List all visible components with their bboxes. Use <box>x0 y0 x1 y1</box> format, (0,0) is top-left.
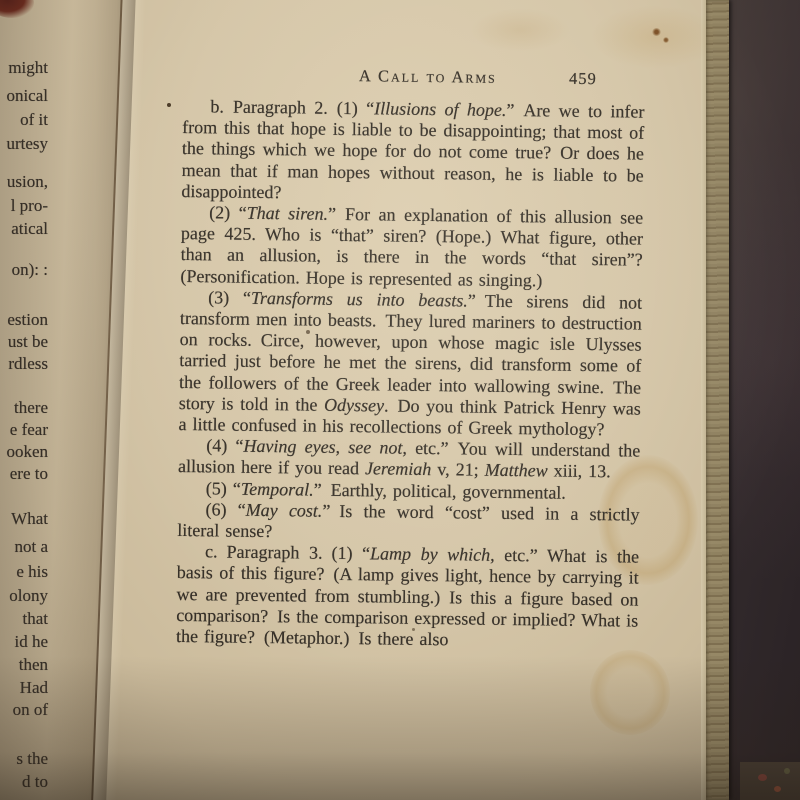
cover-fleck <box>774 786 781 792</box>
left-page-fragment: ooken <box>6 442 48 462</box>
page-header: A Call to Arms 459 <box>183 64 645 96</box>
paper-stain <box>590 5 720 69</box>
page-number: 459 <box>569 69 597 89</box>
paper-stain <box>663 37 669 43</box>
paragraph: (3) “Transforms us into beasts.” The sir… <box>178 287 642 441</box>
left-page-fragment: of it <box>20 110 48 130</box>
left-page-fragment: ust be <box>8 332 48 352</box>
left-page-fragment: e his <box>16 562 48 582</box>
left-page-fragment: not a <box>14 537 48 557</box>
left-page-fragment: rdless <box>8 354 48 374</box>
paper-stain <box>652 28 661 36</box>
left-page-fragment: that <box>23 609 49 629</box>
paragraph: b. Paragraph 2. (1) “Illusions of hope.”… <box>181 96 644 208</box>
book-cover-edge <box>705 0 729 800</box>
left-page-fragment: estion <box>7 310 48 330</box>
left-page-fragment: l pro- <box>11 196 48 216</box>
running-title: A Call to Arms <box>359 66 497 88</box>
page-paragraphs: b. Paragraph 2. (1) “Illusions of hope.”… <box>176 96 645 653</box>
cover-fleck <box>758 774 767 781</box>
left-page-fragment: s the <box>16 749 48 769</box>
left-page-fragment: Had <box>20 678 48 698</box>
book-cover-corner <box>740 762 800 800</box>
left-page-fragment: id he <box>14 632 48 652</box>
left-page-fragment: What <box>11 509 48 529</box>
left-page-fragment: olony <box>9 586 48 606</box>
page-content: A Call to Arms 459 b. Paragraph 2. (1) “… <box>176 64 645 653</box>
ink-speck <box>167 103 171 107</box>
paragraph: (4) “Having eyes, see not, etc.” You wil… <box>178 435 640 483</box>
left-page-fragment: d to <box>22 772 48 792</box>
paper-stain <box>470 8 570 52</box>
left-page-text: mightonicalof iturtesyusion,l pro-atical… <box>0 0 58 800</box>
left-page-fragment: then <box>19 655 48 675</box>
left-page-fragment: ere to <box>10 464 48 484</box>
paragraph: (2) “That siren.” For an explanation of … <box>180 202 643 292</box>
left-page-fragment: on of <box>13 700 48 720</box>
left-page-fragment: usion, <box>7 172 48 192</box>
paper-stain <box>590 650 670 735</box>
left-page-fragment: on): : <box>12 260 48 280</box>
cover-fleck <box>784 768 790 774</box>
left-page-fragment: atical <box>11 219 48 239</box>
left-page-fragment: urtesy <box>6 134 48 154</box>
book-photo: mightonicalof iturtesyusion,l pro-atical… <box>0 0 800 800</box>
book-page: mightonicalof iturtesyusion,l pro-atical… <box>0 0 701 800</box>
paragraph: c. Paragraph 3. (1) “Lamp by which, etc.… <box>176 541 639 653</box>
left-page-fragment: might <box>8 58 48 78</box>
left-page-fragment: e fear <box>10 420 48 440</box>
left-page-fragment: onical <box>6 86 48 106</box>
left-page-fragment: there <box>14 398 48 418</box>
paragraph: (6) “May cost.” Is the word “cost” used … <box>177 499 639 547</box>
